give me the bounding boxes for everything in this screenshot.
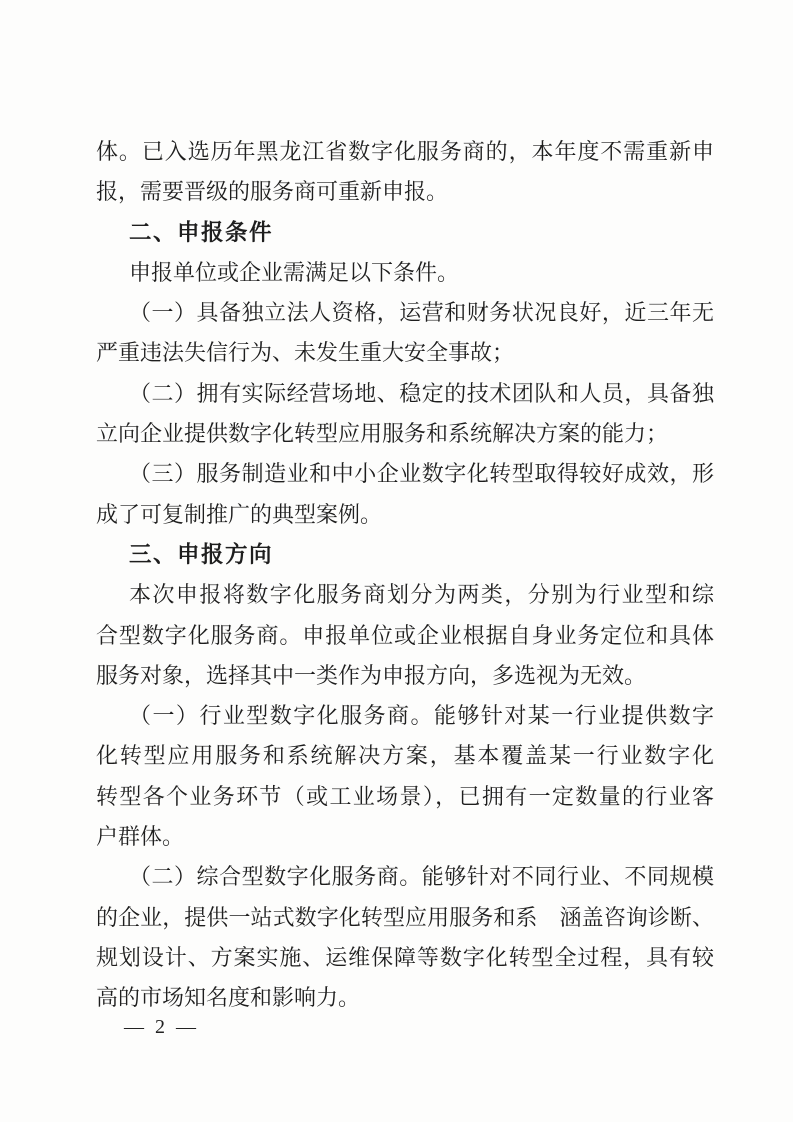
text-line: （一）行业型数字化服务商。能够针对某一行业提供数字: [96, 696, 714, 736]
text-line: 的企业，提供一站式数字化转型应用服务和系 涵盖咨询诊断、: [96, 898, 714, 938]
page-number: — 2 —: [124, 1014, 199, 1040]
text-line: 户群体。: [96, 817, 714, 857]
text-line: （二）拥有实际经营场地、稳定的技术团队和人员，具备独: [96, 374, 714, 414]
document-body: 体。已入选历年黑龙江省数字化服务商的，本年度不需重新申报，需要晋级的服务商可重新…: [96, 132, 714, 1019]
text-line: 规划设计、方案实施、运维保障等数字化转型全过程，具有较: [96, 938, 714, 978]
text-line: 服务对象，选择其中一类作为申报方向，多选视为无效。: [96, 656, 714, 696]
text-line: 转型各个业务环节（或工业场景），已拥有一定数量的行业客: [96, 777, 714, 817]
text-line: 高的市场知名度和影响力。: [96, 978, 714, 1018]
text-line: 合型数字化服务商。申报单位或企业根据自身业务定位和具体: [96, 616, 714, 656]
text-line: 成了可复制推广的典型案例。: [96, 495, 714, 535]
text-line: 化转型应用服务和系统解决方案，基本覆盖某一行业数字化: [96, 736, 714, 776]
document-page: 体。已入选历年黑龙江省数字化服务商的，本年度不需重新申报，需要晋级的服务商可重新…: [0, 0, 793, 1122]
text-line: （三）服务制造业和中小企业数字化转型取得较好成效，形: [96, 454, 714, 494]
text-line: 申报单位或企业需满足以下条件。: [96, 253, 714, 293]
text-line: 报，需要晋级的服务商可重新申报。: [96, 172, 714, 212]
text-line: 体。已入选历年黑龙江省数字化服务商的，本年度不需重新申: [96, 132, 714, 172]
text-line: 本次申报将数字化服务商划分为两类，分别为行业型和综: [96, 575, 714, 615]
text-line: 立向企业提供数字化转型应用服务和系统解决方案的能力；: [96, 414, 714, 454]
section-heading: 三、申报方向: [96, 535, 714, 575]
section-heading: 二、申报条件: [96, 213, 714, 253]
text-line: 严重违法失信行为、未发生重大安全事故；: [96, 333, 714, 373]
text-line: （二）综合型数字化服务商。能够针对不同行业、不同规模: [96, 857, 714, 897]
text-line: （一）具备独立法人资格，运营和财务状况良好，近三年无: [96, 293, 714, 333]
